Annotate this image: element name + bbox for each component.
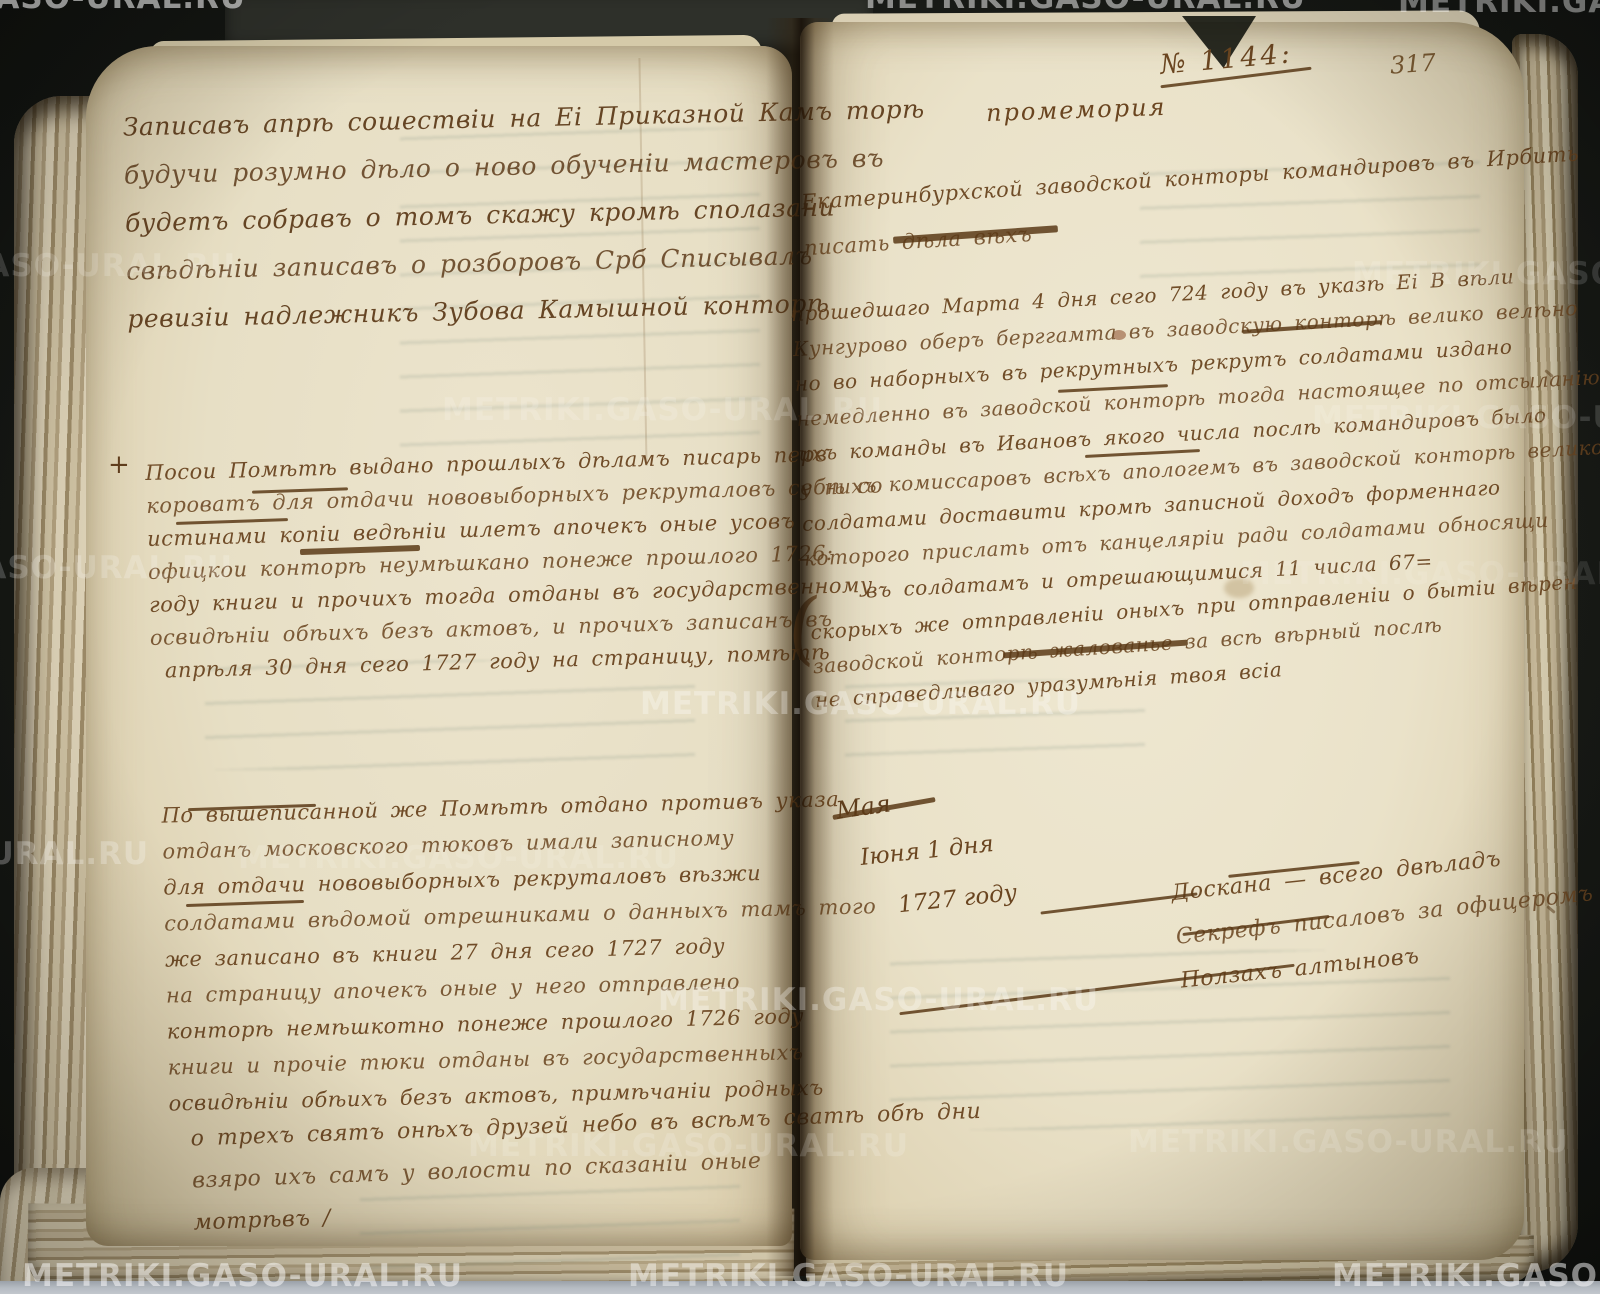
page-number: 317 xyxy=(1389,48,1437,79)
left-paragraph-closing: о трехъ святъ онѣхъ друзей небо въ всѣмъ… xyxy=(190,1098,794,1245)
manuscript-photo: + Записавъ апрѣ сошествіи на Еі Приказно… xyxy=(0,0,1600,1294)
photo-bottom-edge xyxy=(0,1281,1600,1294)
left-paragraph-entry: Записавъ апрѣ сошествіи на Еі Приказной … xyxy=(122,88,795,343)
left-paragraph-second-pometa: По вышеписанной же Помѣтѣ отдано противъ… xyxy=(161,782,793,1121)
right-paragraph-main: прошедшаго Марта 4 дня сего 724 году въ … xyxy=(790,259,1529,611)
left-paragraph-pometa: Посои Помѣтѣ выдано прошлыхъ дѣламъ писа… xyxy=(145,439,795,688)
margin-cross-mark: + xyxy=(108,450,130,480)
watermark: METRIKI.GASO-URAL.RU xyxy=(0,0,246,16)
